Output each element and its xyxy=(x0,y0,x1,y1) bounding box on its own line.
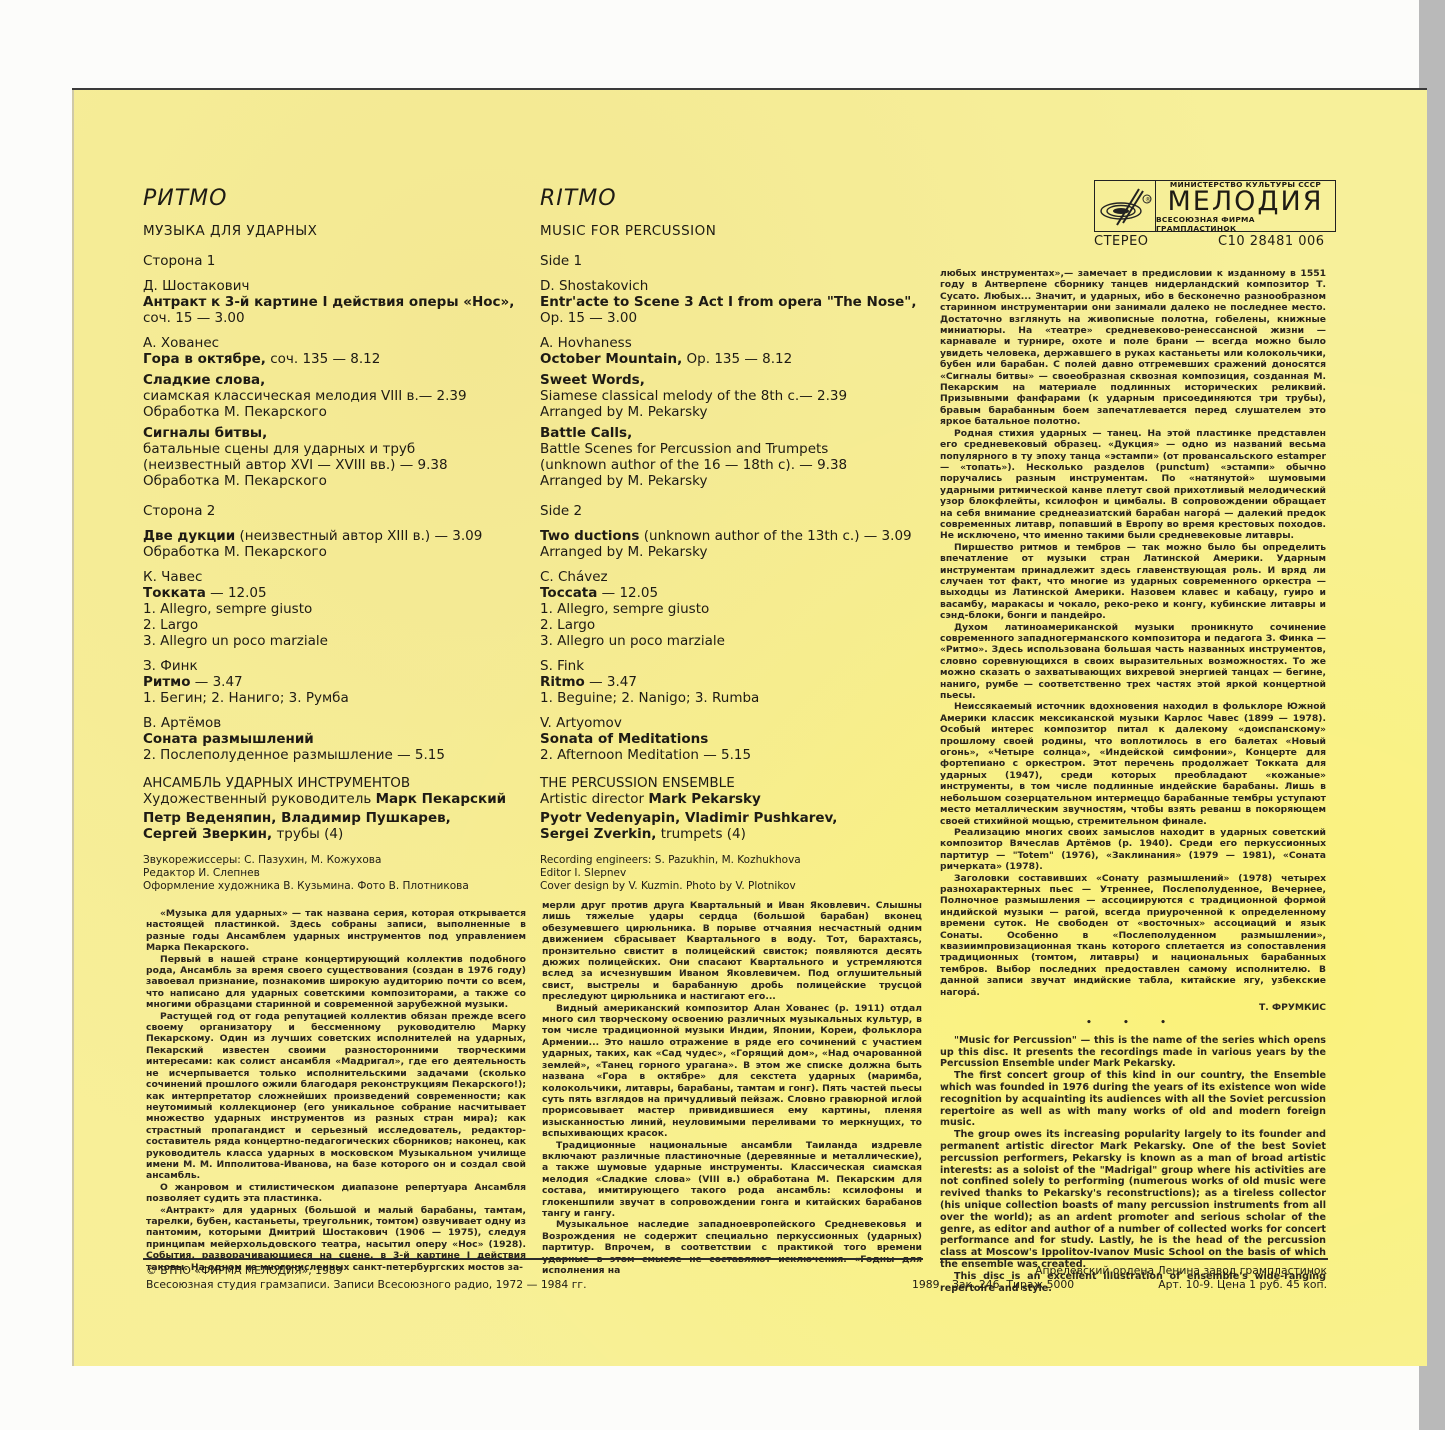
track-detail: сиамская классическая мелодия VIII в.— 2… xyxy=(143,388,533,404)
track-detail: соч. 135 — 8.12 xyxy=(270,351,380,367)
director-name: Марк Пекарский xyxy=(376,791,507,807)
composer: A. Hovhaness xyxy=(540,335,930,351)
track-detail: (unknown author of the 16 — 18th c). — 9… xyxy=(540,457,930,473)
track-title: Гора в октябре, xyxy=(143,351,266,367)
composer: S. Fink xyxy=(540,658,930,674)
track-detail: соч. 15 — 3.00 xyxy=(143,310,533,326)
track-title: Ритмо xyxy=(143,674,191,690)
credit-line: Редактор И. Слепнев xyxy=(143,867,533,880)
director-label: Artistic director xyxy=(540,791,644,807)
side-label: Сторона 2 xyxy=(143,503,533,519)
movement: 1. Бегин; 2. Наниго; 3. Румба xyxy=(143,690,533,706)
arranger: Arranged by M. Pekarsky xyxy=(540,473,930,489)
arranger: Обработка М. Пекарского xyxy=(143,404,533,420)
tracklist-en: RITMO MUSIC FOR PERCUSSION Side 1 D. Sho… xyxy=(540,186,930,893)
paragraph: Музыкальное наследие западноевропейского… xyxy=(542,1219,922,1276)
album-title-en: RITMO xyxy=(540,186,930,211)
director-name: Mark Pekarsky xyxy=(648,791,761,807)
trumpets-names: Сергей Зверкин, xyxy=(143,826,272,842)
trumpets-names: Петр Веденяпин, Владимир Пушкарев, xyxy=(143,810,533,826)
paragraph-en: The group owes its increasing popularity… xyxy=(940,1129,1326,1271)
movement: 2. Largo xyxy=(540,617,930,633)
trumpets-names: Pyotr Vedenyapin, Vladimir Pushkarev, xyxy=(540,810,930,826)
svg-text:®: ® xyxy=(1145,197,1151,204)
movement: 1. Allegro, sempre giusto xyxy=(540,601,930,617)
melodiya-logo: ® МИНИСТЕРСТВО КУЛЬТУРЫ СССР МЕЛОДИЯ ВСЕ… xyxy=(1094,180,1336,232)
stereo-label: СТЕРЕО xyxy=(1094,234,1149,249)
track-detail: Op. 15 — 3.00 xyxy=(540,310,930,326)
track-title: Антракт к 3-й картине I действия оперы «… xyxy=(143,294,533,310)
composer: V. Artyomov xyxy=(540,715,930,731)
track-detail: (неизвестный автор XIII в.) — 3.09 xyxy=(240,528,483,544)
footer-rule-right xyxy=(940,1258,1328,1260)
composer: К. Чавес xyxy=(143,569,533,585)
paragraph: Видный американский композитор Алан Хова… xyxy=(542,1003,922,1140)
composer: З. Финк xyxy=(143,658,533,674)
paragraph: Первый в нашей стране концертирующий кол… xyxy=(146,954,526,1011)
credit-line: Cover design by V. Kuzmin. Photo by V. P… xyxy=(540,880,930,893)
paragraph: «Музыка для ударных» — так названа серия… xyxy=(146,908,526,954)
track-detail: — 3.47 xyxy=(589,674,637,690)
credits-ru: Звукорежиссеры: С. Пазухин, М. Кожухова … xyxy=(143,854,533,893)
movement: 2. Largo xyxy=(143,617,533,633)
side-label: Side 1 xyxy=(540,253,930,269)
paragraph: Родная стихия ударных — танец. На этой п… xyxy=(940,428,1326,542)
credit-line: Recording engineers: S. Pazukhin, M. Koz… xyxy=(540,854,930,867)
price-info: Арт. 10-9. Цена 1 руб. 45 коп. xyxy=(1100,1278,1327,1292)
composer: Д. Шостакович xyxy=(143,278,533,294)
tracklist-ru: РИТМО МУЗЫКА ДЛЯ УДАРНЫХ Сторона 1 Д. Шо… xyxy=(143,186,533,893)
copyright: © ВТПО «ФИРМА МЕЛОДИЯ», 1989 xyxy=(146,1264,587,1278)
composer: C. Chávez xyxy=(540,569,930,585)
paragraph: Духом латиноамериканской музыки проникну… xyxy=(940,622,1326,702)
album-subtitle-ru: МУЗЫКА ДЛЯ УДАРНЫХ xyxy=(143,223,533,239)
side-label: Сторона 1 xyxy=(143,253,533,269)
paragraph: Традиционные национальные ансамбли Таила… xyxy=(542,1140,922,1220)
brand-subtitle: ВСЕСОЮЗНАЯ ФИРМА ГРАМПЛАСТИНОК xyxy=(1156,215,1335,233)
paragraph: любых инструментах»,— замечает в предисл… xyxy=(940,268,1326,428)
paragraph: Неиссякаемый источник вдохновения находи… xyxy=(940,701,1326,826)
studio-credit: Всесоюзная студия грамзаписи. Записи Все… xyxy=(146,1278,587,1292)
composer: А. Хованес xyxy=(143,335,533,351)
arranger: Arranged by M. Pekarsky xyxy=(540,544,930,560)
paragraph: Заголовки составивших «Сонату размышлени… xyxy=(940,873,1326,998)
track-title: Токката xyxy=(143,585,206,601)
track-title: Сигналы битвы, xyxy=(143,425,533,441)
composer: D. Shostakovich xyxy=(540,278,930,294)
album-title-ru: РИТМО xyxy=(143,186,533,211)
ensemble-name: THE PERCUSSION ENSEMBLE xyxy=(540,775,930,791)
movement: 3. Allegro un poco marziale xyxy=(143,633,533,649)
paragraph: Пиршество ритмов и тембров — так можно б… xyxy=(940,542,1326,622)
footer-rule-left xyxy=(143,1258,923,1260)
track-detail: (неизвестный автор XVI — XVIII вв.) — 9.… xyxy=(143,457,533,473)
paragraph-en: The first concert group of this kind in … xyxy=(940,1070,1326,1129)
paragraph: Реализацию многих своих замыслов находит… xyxy=(940,827,1326,873)
track-title: Две дукции xyxy=(143,528,235,544)
movement: 1. Beguine; 2. Nanigo; 3. Rumba xyxy=(540,690,930,706)
paragraph: О жанровом и стилистическом диапазоне ре… xyxy=(146,1182,526,1205)
track-detail: — 12.05 xyxy=(602,585,658,601)
credits-en: Recording engineers: S. Pazukhin, M. Koz… xyxy=(540,854,930,893)
track-title: October Mountain, xyxy=(540,351,682,367)
credit-line: Оформление художника В. Кузьмина. Фото В… xyxy=(143,880,533,893)
track-title: Two ductions xyxy=(540,528,639,544)
paragraph: Растущей год от года репутацией коллекти… xyxy=(146,1011,526,1182)
trumpets-label: trumpets (4) xyxy=(661,826,746,842)
catalog-number: С10 28481 006 xyxy=(1218,234,1325,249)
plant-name: Апрелевский ордена Ленина завод грамплас… xyxy=(1013,1264,1327,1278)
trumpets-label: трубы (4) xyxy=(276,826,343,842)
track-detail: — 3.47 xyxy=(195,674,243,690)
track-title: Entr'acte to Scene 3 Act I from opera "T… xyxy=(540,294,930,310)
track-detail: батальные сцены для ударных и труб xyxy=(143,441,533,457)
melodiya-record-icon: ® xyxy=(1095,181,1156,231)
movement: 1. Allegro, sempre giusto xyxy=(143,601,533,617)
arranger: Arranged by M. Pekarsky xyxy=(540,404,930,420)
track-title: Ritmo xyxy=(540,674,585,690)
track-detail: (unknown author of the 13th c.) — 3.09 xyxy=(644,528,912,544)
track-detail: — 12.05 xyxy=(210,585,266,601)
paragraph: мерли друг против друга Квартальный и Ив… xyxy=(542,900,922,1003)
movement: 2. Послеполуденное размышление — 5.15 xyxy=(143,747,533,763)
arranger: Обработка М. Пекарского xyxy=(143,544,533,560)
footer-left: © ВТПО «ФИРМА МЕЛОДИЯ», 1989 Всесоюзная … xyxy=(146,1264,587,1292)
track-title: Сладкие слова, xyxy=(143,372,533,388)
print-year: 1989 xyxy=(912,1278,939,1292)
brand-name: МЕЛОДИЯ xyxy=(1168,189,1324,215)
side-label: Side 2 xyxy=(540,503,930,519)
liner-notes-ru-col3: любых инструментах»,— замечает в предисл… xyxy=(940,268,1326,1294)
movement: 2. Afternoon Meditation — 5.15 xyxy=(540,747,930,763)
liner-notes-ru-col2: мерли друг против друга Квартальный и Ив… xyxy=(542,900,922,1276)
track-detail: Siamese classical melody of the 8th c.— … xyxy=(540,388,930,404)
credit-line: Editor I. Slepnev xyxy=(540,867,930,880)
paragraph-en: "Music for Percussion" — this is the nam… xyxy=(940,1035,1326,1070)
arranger: Обработка М. Пекарского xyxy=(143,473,533,489)
director-label: Художественный руководитель xyxy=(143,791,371,807)
composer: В. Артёмов xyxy=(143,715,533,731)
track-title: Sonata of Meditations xyxy=(540,731,930,747)
movement: 3. Allegro un poco marziale xyxy=(540,633,930,649)
paragraph: «Антракт» для ударных (большой и малый б… xyxy=(146,1205,526,1273)
ensemble-name: АНСАМБЛЬ УДАРНЫХ ИНСТРУМЕНТОВ xyxy=(143,775,533,791)
album-subtitle-en: MUSIC FOR PERCUSSION xyxy=(540,223,930,239)
track-detail: Op. 135 — 8.12 xyxy=(687,351,793,367)
order-info: Зак. 246. Тираж 5000 xyxy=(952,1278,1074,1292)
trumpets-names: Sergei Zverkin, xyxy=(540,826,656,842)
track-title: Соната размышлений xyxy=(143,731,533,747)
credit-line: Звукорежиссеры: С. Пазухин, М. Кожухова xyxy=(143,854,533,867)
track-line: Гора в октябре, соч. 135 — 8.12 xyxy=(143,351,533,367)
author-signature: Т. ФРУМКИС xyxy=(940,1002,1326,1013)
track-detail: Battle Scenes for Percussion and Trumpet… xyxy=(540,441,930,457)
liner-notes-ru-col1: «Музыка для ударных» — так названа серия… xyxy=(146,908,526,1273)
track-title: Toccata xyxy=(540,585,597,601)
section-separator: • • • xyxy=(940,1017,1326,1028)
track-title: Sweet Words, xyxy=(540,372,930,388)
track-title: Battle Calls, xyxy=(540,425,930,441)
